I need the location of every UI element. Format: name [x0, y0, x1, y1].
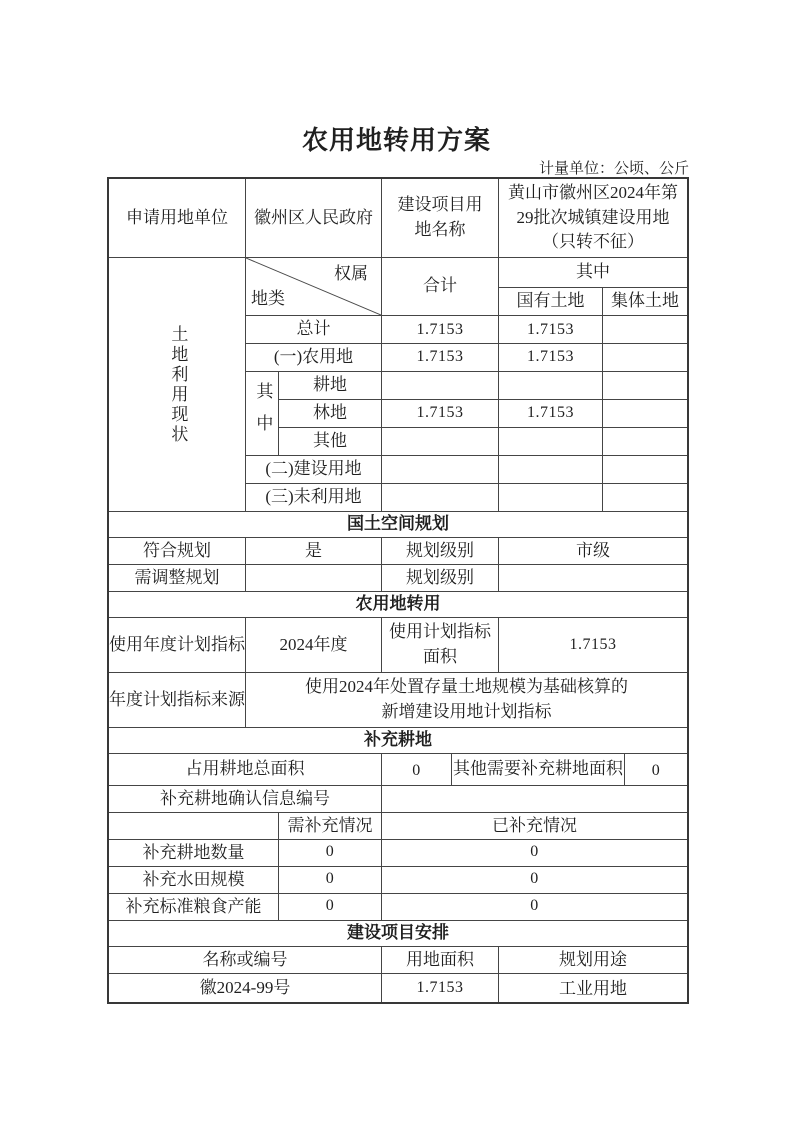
among-column-header: 其中	[499, 258, 687, 287]
diag-landtype-label: 地类	[251, 287, 285, 312]
landuse-row-label: 其他	[279, 428, 381, 455]
project-section-title: 建设项目安排	[109, 921, 687, 946]
landuse-collective-value	[603, 316, 687, 343]
landuse-total-value	[382, 484, 498, 511]
landuse-collective-value	[603, 484, 687, 511]
other-supplement-label: 其他需要补充耕地面积	[452, 754, 624, 785]
occupied-farmland-value: 0	[382, 754, 451, 785]
confirm-number-label: 补充耕地确认信息编号	[109, 786, 381, 812]
supplement-empty-cell	[109, 813, 278, 839]
quota-source-label: 年度计划指标来源	[109, 673, 245, 727]
adjust-plan-level-value	[499, 565, 687, 591]
supplement-row-label: 补充标准粮食产能	[109, 894, 278, 920]
landuse-total-value	[382, 372, 498, 399]
landuse-total-value: 1.7153	[382, 400, 498, 427]
landuse-total-value: 1.7153	[382, 316, 498, 343]
landuse-state-value: 1.7153	[499, 400, 602, 427]
project-name-value-cell: 黄山市徽州区2024年第29批次城镇建设用地（只转不征）	[499, 179, 687, 257]
landuse-total-value	[382, 456, 498, 483]
supplement-done-value: 0	[382, 840, 687, 866]
conversion-section-title: 农用地转用	[109, 592, 687, 617]
landuse-row-label: 林地	[279, 400, 381, 427]
plan-level-label: 规划级别	[382, 538, 498, 564]
project-area-column-header: 用地面积	[382, 947, 498, 973]
project-area-value: 1.7153	[382, 974, 498, 1002]
annual-quota-value: 2024年度	[246, 618, 381, 672]
form-table: 申请用地单位 徽州区人民政府 建设项目用地名称 黄山市徽州区2024年第29批次…	[107, 177, 689, 1004]
supplement-section-title: 补充耕地	[109, 728, 687, 753]
landuse-row-label: (三)未利用地	[246, 484, 381, 511]
landuse-state-value	[499, 484, 602, 511]
land-use-status-vertical-label: 土地利用现状	[165, 325, 190, 445]
document-page: 农用地转用方案 计量单位：公顷、公斤 申请用地单位 徽州区人民政府 建设项目用地…	[0, 0, 793, 1122]
done-supplement-header: 已补充情况	[382, 813, 687, 839]
quota-area-label: 使用计划指标面积	[382, 618, 498, 672]
landuse-collective-value	[603, 428, 687, 455]
diagonal-header-cell: 权属 地类	[246, 258, 381, 315]
landuse-state-value	[499, 428, 602, 455]
collective-land-column-header: 集体土地	[603, 288, 687, 315]
landuse-collective-value	[603, 372, 687, 399]
total-column-header: 合计	[382, 258, 498, 315]
conform-plan-value: 是	[246, 538, 381, 564]
landuse-row-label: 耕地	[279, 372, 381, 399]
adjust-plan-label: 需调整规划	[109, 565, 245, 591]
landuse-row-label: (二)建设用地	[246, 456, 381, 483]
project-use-value: 工业用地	[499, 974, 687, 1002]
landuse-collective-value	[603, 344, 687, 371]
landuse-row-label: (一)农用地	[246, 344, 381, 371]
land-use-status-cell: 土地利用现状	[109, 258, 245, 511]
annual-quota-label: 使用年度计划指标	[109, 618, 245, 672]
landuse-collective-value	[603, 456, 687, 483]
landuse-collective-value	[603, 400, 687, 427]
supplement-need-value: 0	[279, 840, 381, 866]
state-land-column-header: 国有土地	[499, 288, 602, 315]
landuse-total-value: 1.7153	[382, 344, 498, 371]
quota-source-value: 使用2024年处置存量土地规模为基础核算的 新增建设用地计划指标	[246, 673, 687, 727]
need-supplement-header: 需补充情况	[279, 813, 381, 839]
landuse-row-label: 总计	[246, 316, 381, 343]
unit-note: 计量单位：公顷、公斤	[539, 157, 689, 178]
landuse-state-value	[499, 456, 602, 483]
supplement-done-value: 0	[382, 894, 687, 920]
applicant-value-cell: 徽州区人民政府	[246, 179, 381, 257]
quota-source-line1: 使用2024年处置存量土地规模为基础核算的	[305, 675, 628, 700]
diag-ownership-label: 权属	[334, 262, 368, 287]
occupied-farmland-label: 占用耕地总面积	[109, 754, 381, 785]
project-name-label-cell: 建设项目用地名称	[382, 179, 498, 257]
quota-source-line2: 新增建设用地计划指标	[382, 700, 552, 725]
landuse-state-value	[499, 372, 602, 399]
other-supplement-value: 0	[625, 754, 687, 785]
supplement-need-value: 0	[279, 867, 381, 893]
conform-plan-label: 符合规划	[109, 538, 245, 564]
page-title: 农用地转用方案	[0, 120, 793, 157]
landuse-state-value: 1.7153	[499, 316, 602, 343]
supplement-done-value: 0	[382, 867, 687, 893]
project-use-column-header: 规划用途	[499, 947, 687, 973]
landuse-total-value	[382, 428, 498, 455]
supplement-row-label: 补充水田规模	[109, 867, 278, 893]
confirm-number-value	[382, 786, 687, 812]
project-name-column-header: 名称或编号	[109, 947, 381, 973]
supplement-need-value: 0	[279, 894, 381, 920]
adjust-plan-value	[246, 565, 381, 591]
planning-section-title: 国土空间规划	[109, 512, 687, 537]
applicant-label-cell: 申请用地单位	[109, 179, 245, 257]
among-vertical-cell: 其中	[246, 372, 278, 455]
project-name-value: 徽2024-99号	[109, 974, 381, 1002]
among-vertical-label: 其中	[250, 382, 275, 446]
adjust-plan-level-label: 规划级别	[382, 565, 498, 591]
supplement-row-label: 补充耕地数量	[109, 840, 278, 866]
quota-area-value: 1.7153	[499, 618, 687, 672]
plan-level-value: 市级	[499, 538, 687, 564]
landuse-state-value: 1.7153	[499, 344, 602, 371]
